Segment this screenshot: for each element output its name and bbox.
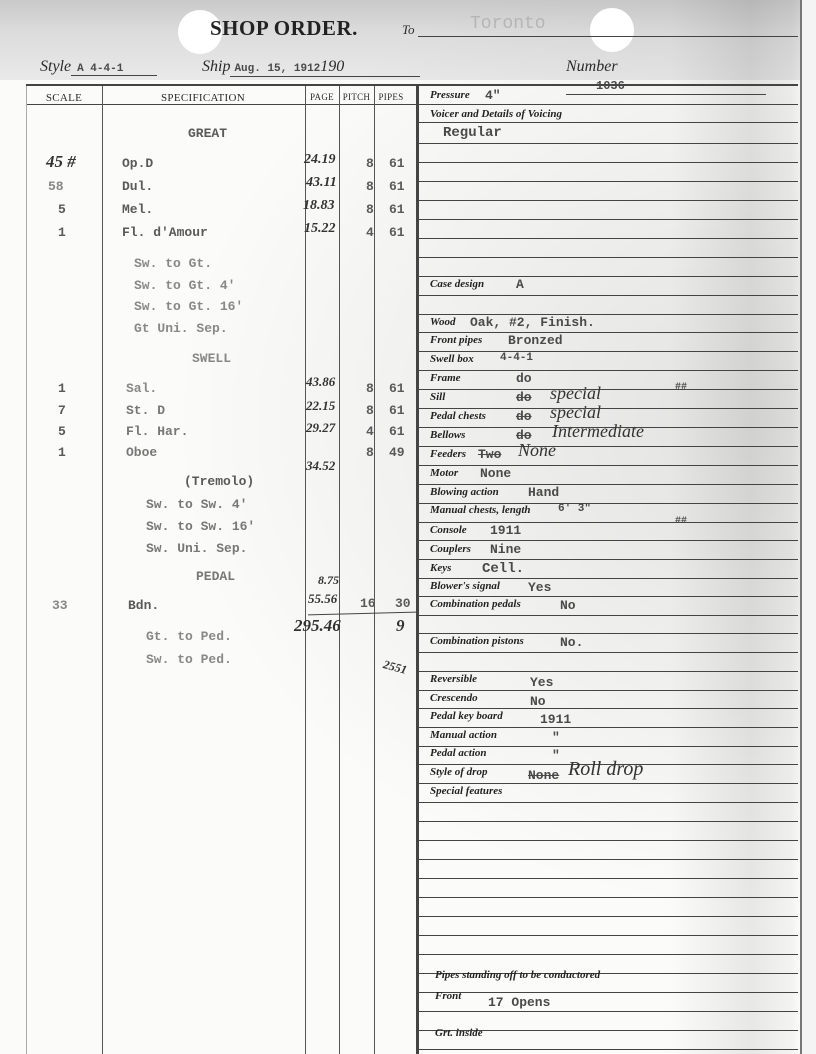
great-coupler-2: Sw. to Gt. 4' (134, 278, 235, 293)
wood-label: Wood (430, 316, 455, 328)
swell-stop-2-name: St. D (126, 403, 165, 418)
ruled-line (418, 935, 798, 936)
punch-hole-right (590, 8, 634, 52)
swell-stop-3-pitch: 4 (366, 424, 374, 439)
great-stop-1-pipes: 61 (389, 156, 405, 171)
case-design-value: A (516, 277, 524, 292)
pedal-chests-struck: do (516, 409, 532, 424)
pedal-pipes-note: 2551 (381, 657, 408, 678)
pedal-stop-1-pitch: 16 (360, 596, 376, 611)
console-mark: ## (675, 516, 687, 527)
pedal-coupler-1: Gt. to Ped. (146, 629, 232, 644)
pitch-divider (374, 86, 375, 1054)
frame-value: do (516, 371, 532, 386)
swell-stop-4-pitch: 8 (366, 445, 374, 460)
col-pitch: PITCH (339, 92, 374, 102)
ruled-line (418, 465, 798, 466)
swell-coupler-2: Sw. to Sw. 16' (146, 519, 255, 534)
pedal-stop-1-name: Bdn. (128, 598, 159, 613)
ruled-line (418, 897, 798, 898)
ruled-line (418, 840, 798, 841)
pedal-action-value: " (552, 748, 560, 763)
ruled-line (418, 690, 798, 691)
crescendo-label: Crescendo (430, 692, 478, 704)
couplers-value: Nine (490, 542, 521, 557)
great-stop-1-scale: 45 # (46, 152, 76, 172)
pedal-page-total: 295.46 (294, 616, 341, 636)
reversible-value: Yes (530, 675, 553, 690)
great-stop-1-pitch: 8 (366, 156, 374, 171)
pedal-stop-1-page: 55.56 (308, 591, 337, 607)
swell-stop-2-pitch: 8 (366, 403, 374, 418)
great-stop-2-name: Dul. (122, 179, 153, 194)
ruled-line (418, 104, 798, 105)
ship-field: ShipAug. 15, 1912190 (202, 58, 420, 77)
number-value: 1036 (596, 79, 625, 93)
front-label: Front (435, 990, 461, 1002)
ruled-line (418, 332, 798, 333)
motor-value: None (480, 466, 511, 481)
style-label: Style (40, 58, 71, 75)
great-stop-4-name: Fl. d'Amour (122, 225, 208, 240)
manual-action-label: Manual action (430, 729, 497, 741)
swell-stop-2-pipes: 61 (389, 403, 405, 418)
to-line (418, 36, 798, 37)
header-rule-top (26, 84, 798, 86)
swell-stop-4-page: 34.52 (306, 458, 335, 474)
great-stop-3-scale: 5 (58, 202, 66, 217)
pedal-action-label: Pedal action (430, 747, 487, 759)
ruled-line (418, 1011, 798, 1012)
style-field: StyleA 4-4-1 (40, 58, 157, 76)
swell-stop-4-scale: 1 (58, 445, 66, 460)
great-stop-2-pitch: 8 (366, 179, 374, 194)
great-stop-1-page: 24.19 (304, 152, 336, 168)
feeders-label: Feeders (430, 448, 466, 460)
swell-coupler-3: Sw. Uni. Sep. (146, 541, 247, 556)
great-stop-4-scale: 1 (58, 225, 66, 240)
combination-pistons-value: No. (560, 635, 583, 650)
ruled-line (418, 708, 798, 709)
ruled-line (418, 295, 798, 296)
pedal-key-board-value: 1911 (540, 712, 571, 727)
swell-box-label: Swell box (430, 353, 474, 365)
combination-pistons-label: Combination pistons (430, 635, 524, 647)
ruled-line (418, 276, 798, 277)
reversible-label: Reversible (430, 673, 477, 685)
great-stop-3-pipes: 61 (389, 202, 405, 217)
ruled-line (418, 238, 798, 239)
ruled-line (418, 992, 798, 993)
center-divider (416, 86, 419, 1054)
pedal-stop-count: 9 (396, 616, 405, 636)
great-stop-3-page: 18.83 (303, 198, 335, 214)
ruled-line (418, 633, 798, 634)
ruled-line (418, 727, 798, 728)
great-coupler-3: Sw. to Gt. 16' (134, 299, 243, 314)
great-stop-4-pipes: 61 (389, 225, 405, 240)
swell-tremolo: (Tremolo) (184, 474, 254, 489)
bellows-value: Intermediate (552, 421, 644, 442)
pressure-value: 4" (485, 88, 501, 103)
motor-label: Motor (430, 467, 458, 479)
grt-inside-label: Grt. inside (435, 1027, 483, 1039)
ruled-line (418, 122, 798, 123)
keys-label: Keys (430, 562, 451, 574)
manual-chests-label: Manual chests, length (430, 504, 531, 516)
front-value: 17 Opens (488, 995, 550, 1010)
to-value: Toronto (470, 14, 546, 34)
swell-box-value: 4-4-1 (500, 352, 533, 364)
pipes-standing-label: Pipes standing off to be conductored (435, 969, 600, 981)
combination-pedals-label: Combination pedals (430, 598, 521, 610)
ship-value: Aug. 15, 1912 (230, 63, 320, 75)
page-edge (800, 0, 816, 1054)
bellows-label: Bellows (430, 429, 465, 441)
total-rule (308, 612, 416, 616)
console-label: Console (430, 524, 467, 536)
ruled-line (418, 522, 798, 523)
swell-stop-3-name: Fl. Har. (126, 424, 188, 439)
ruled-line (418, 821, 798, 822)
ship-printed-year: 190 (320, 58, 344, 75)
blowing-action-value: Hand (528, 485, 559, 500)
number-label: Number (566, 58, 618, 75)
feeders-value: None (518, 440, 556, 461)
manual-action-value: " (552, 730, 560, 745)
voicer-value: Regular (443, 125, 502, 141)
great-stop-4-page: 15.22 (304, 221, 336, 237)
front-pipes-value: Bronzed (508, 333, 563, 348)
great-heading: GREAT (188, 126, 227, 141)
scale-divider (102, 86, 103, 1054)
swell-coupler-1: Sw. to Sw. 4' (146, 497, 247, 512)
special-features-label: Special features (430, 785, 502, 797)
swell-stop-3-page: 29.27 (306, 420, 335, 436)
swell-stop-4-pipes: 49 (389, 445, 405, 460)
case-design-label: Case design (430, 278, 484, 290)
swell-stop-1-page: 43.86 (306, 374, 335, 390)
couplers-label: Couplers (430, 543, 471, 555)
column-header-rule (26, 104, 416, 105)
ship-line: Aug. 15, 1912190 (230, 58, 420, 77)
ruled-line (418, 954, 798, 955)
pedal-heading: PEDAL (196, 569, 235, 584)
ruled-line (418, 351, 798, 352)
great-stop-2-scale: 58 (48, 179, 64, 194)
great-stop-4-pitch: 4 (366, 225, 374, 240)
feeders-struck: Two (478, 447, 501, 462)
style-of-drop-struck: None (528, 768, 559, 783)
ruled-line (418, 162, 798, 163)
ruled-line (418, 540, 798, 541)
ruled-line (418, 859, 798, 860)
great-stop-3-pitch: 8 (366, 202, 374, 217)
blowers-signal-value: Yes (528, 580, 551, 595)
page-divider (339, 86, 340, 1054)
ship-label: Ship (202, 58, 230, 75)
left-margin-line (26, 86, 27, 1054)
ruled-line (418, 408, 798, 409)
pedal-coupler-2: Sw. to Ped. (146, 652, 232, 667)
blowing-action-label: Blowing action (430, 486, 499, 498)
ruled-line (418, 484, 798, 485)
number-field: Number1036 (566, 58, 816, 95)
ruled-line (418, 783, 798, 784)
swell-stop-1-name: Sal. (126, 381, 157, 396)
ruled-line (418, 389, 798, 390)
sill-label: Sill (430, 391, 445, 403)
col-scale: SCALE (26, 92, 102, 104)
style-of-drop-label: Style of drop (430, 766, 487, 778)
ruled-line (418, 671, 798, 672)
style-of-drop-value: Roll drop (568, 758, 643, 781)
col-pipes: PIPES (374, 92, 408, 102)
great-coupler-1: Sw. to Gt. (134, 256, 212, 271)
col-page: PAGE (305, 92, 339, 102)
swell-stop-3-pipes: 61 (389, 424, 405, 439)
ruled-line (418, 181, 798, 182)
voicer-label: Voicer and Details of Voicing (430, 108, 562, 120)
great-stop-2-page: 43.11 (306, 175, 337, 191)
wood-value: Oak, #2, Finish. (470, 315, 595, 330)
crescendo-value: No (530, 694, 546, 709)
keys-value: Cell. (482, 561, 524, 577)
frame-label: Frame (430, 372, 461, 384)
pedal-key-board-label: Pedal key board (430, 710, 503, 722)
ruled-line (418, 615, 798, 616)
ruled-line (418, 802, 798, 803)
swell-heading: SWELL (192, 351, 231, 366)
ruled-line (418, 878, 798, 879)
ruled-line (418, 200, 798, 201)
front-pipes-label: Front pipes (430, 334, 482, 346)
ruled-line (418, 916, 798, 917)
ruled-line (418, 370, 798, 371)
ruled-line (418, 578, 798, 579)
great-stop-3-name: Mel. (122, 202, 153, 217)
form-title: SHOP ORDER. (210, 16, 358, 41)
sill-struck: do (516, 390, 532, 405)
swell-stop-2-scale: 7 (58, 403, 66, 418)
manual-chests-value: 6' 3" (558, 503, 591, 515)
ruled-line (418, 559, 798, 560)
swell-stop-1-scale: 1 (58, 381, 66, 396)
swell-stop-3-scale: 5 (58, 424, 66, 439)
swell-stop-4-name: Oboe (126, 445, 157, 460)
col-specification: SPECIFICATION (103, 92, 303, 104)
pedal-chests-label: Pedal chests (430, 410, 486, 422)
great-stop-1-name: Op.D (122, 156, 153, 171)
pressure-label: Pressure (430, 89, 470, 101)
blowers-signal-label: Blower's signal (430, 580, 500, 592)
pedal-stop-1-pipes: 30 (395, 596, 411, 611)
swell-stop-1-pitch: 8 (366, 381, 374, 396)
pedal-stop-1-scale: 33 (52, 598, 68, 613)
console-value: 1911 (490, 523, 521, 538)
sill-mark: ## (675, 382, 687, 393)
pedal-stop-1-page-above: 8.75 (318, 573, 339, 588)
sill-value: special (550, 383, 601, 404)
ruled-line (418, 219, 798, 220)
style-value: A 4-4-1 (71, 63, 157, 76)
ruled-line (418, 143, 798, 144)
pedal-chests-value: special (550, 402, 601, 423)
ruled-line (418, 652, 798, 653)
ruled-line (418, 257, 798, 258)
combination-pedals-value: No (560, 598, 576, 613)
ruled-line (418, 1049, 798, 1050)
great-coupler-4: Gt Uni. Sep. (134, 321, 228, 336)
to-label: To (402, 22, 415, 38)
great-stop-2-pipes: 61 (389, 179, 405, 194)
ruled-line (418, 446, 798, 447)
swell-stop-1-pipes: 61 (389, 381, 405, 396)
swell-stop-2-page: 22.15 (306, 398, 335, 414)
ruled-line (418, 596, 798, 597)
